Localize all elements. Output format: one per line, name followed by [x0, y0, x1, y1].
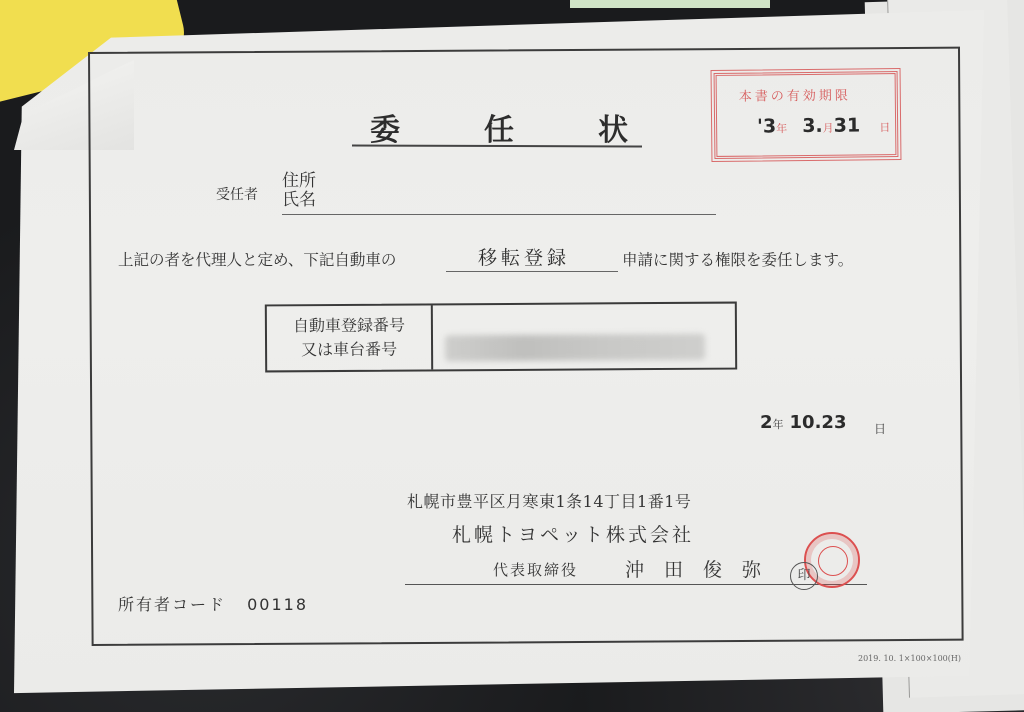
month-unit: 月 — [823, 122, 834, 135]
issue-date: 2年10.23 — [760, 412, 846, 433]
validity-stamp-box: 本書の有効期限 '3年 3.月31 日 — [714, 71, 899, 159]
owner-code-value: 00118 — [247, 595, 308, 614]
day-unit: 日 — [879, 121, 890, 134]
seal-mark: 印 — [790, 562, 818, 590]
validity-year: '3 — [757, 115, 776, 137]
validity-day: 31 — [834, 114, 861, 136]
purpose-underline — [446, 271, 618, 272]
vehicle-label-line2: 又は車台番号 — [301, 338, 397, 363]
name-label: 氏名 — [282, 191, 316, 210]
year-unit: 年 — [776, 122, 787, 135]
issue-month-day: 10.23 — [790, 412, 847, 433]
title-char: 委 — [370, 105, 400, 149]
issuer-rep-name: 沖田俊弥 — [625, 555, 781, 582]
document-title: 委 任 状 — [356, 105, 642, 149]
issuer-rep-title: 代表取締役 — [493, 559, 578, 580]
redacted-vehicle-number — [445, 334, 705, 362]
issuer-address: 札幌市豊平区月寒東1条14丁目1番1号 — [407, 489, 691, 512]
owner-code-label: 所有者コード — [118, 595, 226, 614]
purpose-value: 移転登録 — [478, 243, 570, 270]
vehicle-label-cell: 自動車登録番号 又は車台番号 — [267, 305, 433, 370]
validity-month: 3. — [802, 115, 823, 137]
proxy-label: 受任者 — [216, 184, 258, 204]
delegation-suffix: 申請に関する権限を委任します。 — [622, 248, 853, 270]
vehicle-value-cell — [433, 304, 735, 370]
issuer-company: 札幌トヨペット株式会社 — [452, 520, 694, 547]
delegation-prefix: 上記の者を代理人と定め、下記自動車の — [118, 248, 396, 270]
title-char: 任 — [484, 105, 514, 149]
vehicle-label-line1: 自動車登録番号 — [293, 314, 405, 339]
title-char: 状 — [598, 105, 628, 149]
form-footer: 2019. 10. 1×100×100(H) — [858, 654, 961, 663]
vehicle-number-table: 自動車登録番号 又は車台番号 — [265, 302, 737, 373]
green-paper-edge — [570, 0, 770, 8]
owner-code: 所有者コード 00118 — [118, 592, 308, 615]
validity-label: 本書の有効期限 — [739, 85, 851, 105]
address-label: 住所 — [282, 172, 316, 191]
proxy-fields: 住所 氏名 — [282, 172, 316, 210]
issue-year-unit: 年 — [773, 418, 784, 431]
issue-year: 2 — [760, 412, 773, 433]
validity-date: '3年 3.月31 日 — [757, 114, 897, 137]
issue-day-unit: 日 — [874, 420, 886, 437]
proxy-fill-line — [282, 214, 716, 215]
